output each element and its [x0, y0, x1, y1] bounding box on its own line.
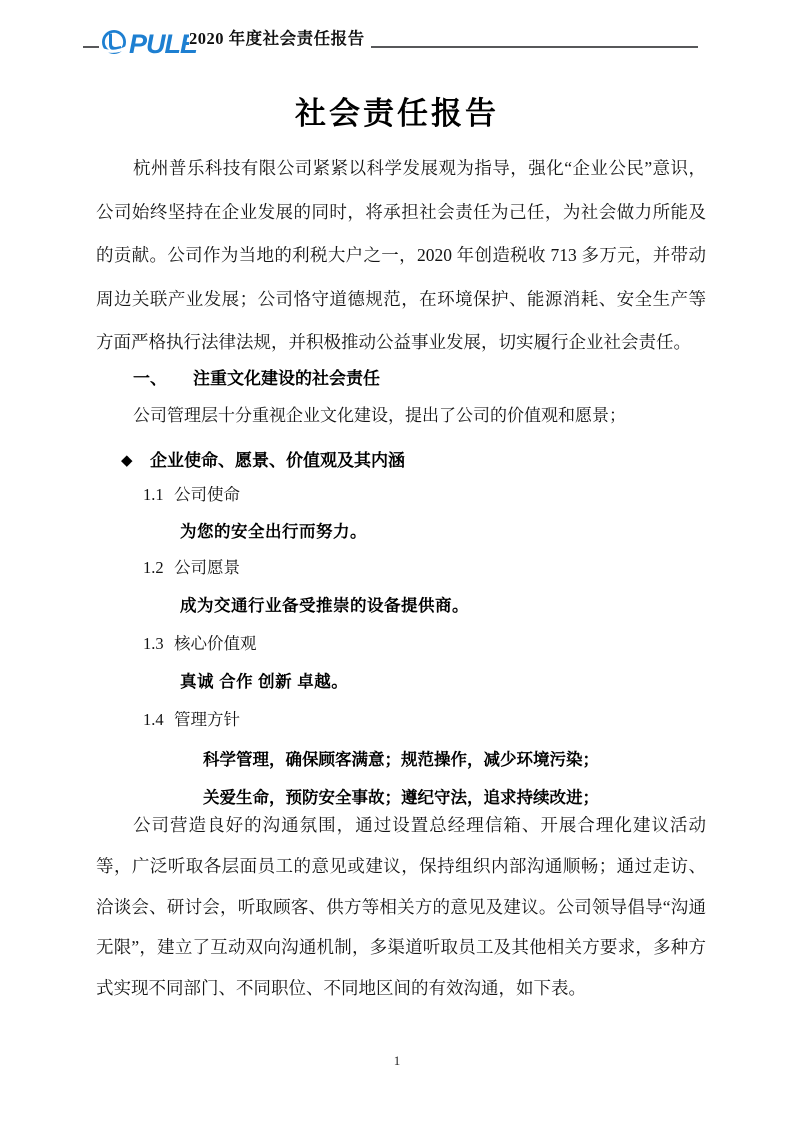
list-item-1-3: 1.3核心价值观 — [143, 630, 257, 654]
item-number: 1.3 — [143, 634, 174, 654]
logo-text: PULE — [129, 31, 197, 58]
item-label: 公司使命 — [174, 485, 240, 504]
section1-lead: 公司管理层十分重视企业文化建设，提出了公司的价值观和愿景； — [133, 401, 626, 426]
item-number: 1.4 — [143, 710, 174, 730]
list-item-1-1: 1.1公司使命 — [143, 481, 240, 505]
section1-heading: 一、注重文化建设的社会责任 — [133, 364, 380, 389]
section1-title: 注重文化建设的社会责任 — [193, 369, 380, 388]
section1-number: 一、 — [133, 364, 193, 389]
item-1-3-content: 真诚 合作 创新 卓越。 — [180, 668, 348, 692]
item-number: 1.2 — [143, 558, 174, 578]
pule-logo-icon — [101, 29, 127, 60]
diamond-bullet-icon: ◆ — [121, 451, 150, 469]
item-label: 核心价值观 — [174, 634, 257, 653]
item-label: 管理方针 — [174, 710, 240, 729]
report-page: PULE 2020 年度社会责任报告 社会责任报告 杭州普乐科技有限公司紧紧以科… — [0, 0, 794, 1123]
item-label: 公司愿景 — [174, 558, 240, 577]
motto-line-1: 科学管理，确保顾客满意；规范操作，减少环境污染； — [96, 742, 706, 780]
header-doc-title: 2020 年度社会责任报告 — [189, 25, 371, 49]
bullet-heading: ◆企业使命、愿景、价值观及其内涵 — [121, 446, 405, 471]
page-number: 1 — [0, 1053, 794, 1069]
list-item-1-4: 1.4管理方针 — [143, 706, 240, 730]
pule-logo: PULE — [99, 26, 200, 62]
page-title: 社会责任报告 — [0, 88, 794, 133]
intro-paragraph: 杭州普乐科技有限公司紧紧以科学发展观为指导，强化“企业公民”意识，公司始终坚持在… — [96, 147, 706, 365]
item-1-2-content: 成为交通行业备受推崇的设备提供商。 — [180, 592, 469, 616]
item-1-1-content: 为您的安全出行而努力。 — [180, 518, 367, 542]
bullet-title: 企业使命、愿景、价值观及其内涵 — [150, 451, 405, 470]
list-item-1-2: 1.2公司愿景 — [143, 554, 240, 578]
communication-paragraph: 公司营造良好的沟通氛围，通过设置总经理信箱、开展合理化建议活动等，广泛听取各层面… — [96, 805, 706, 1009]
item-number: 1.1 — [143, 485, 174, 505]
